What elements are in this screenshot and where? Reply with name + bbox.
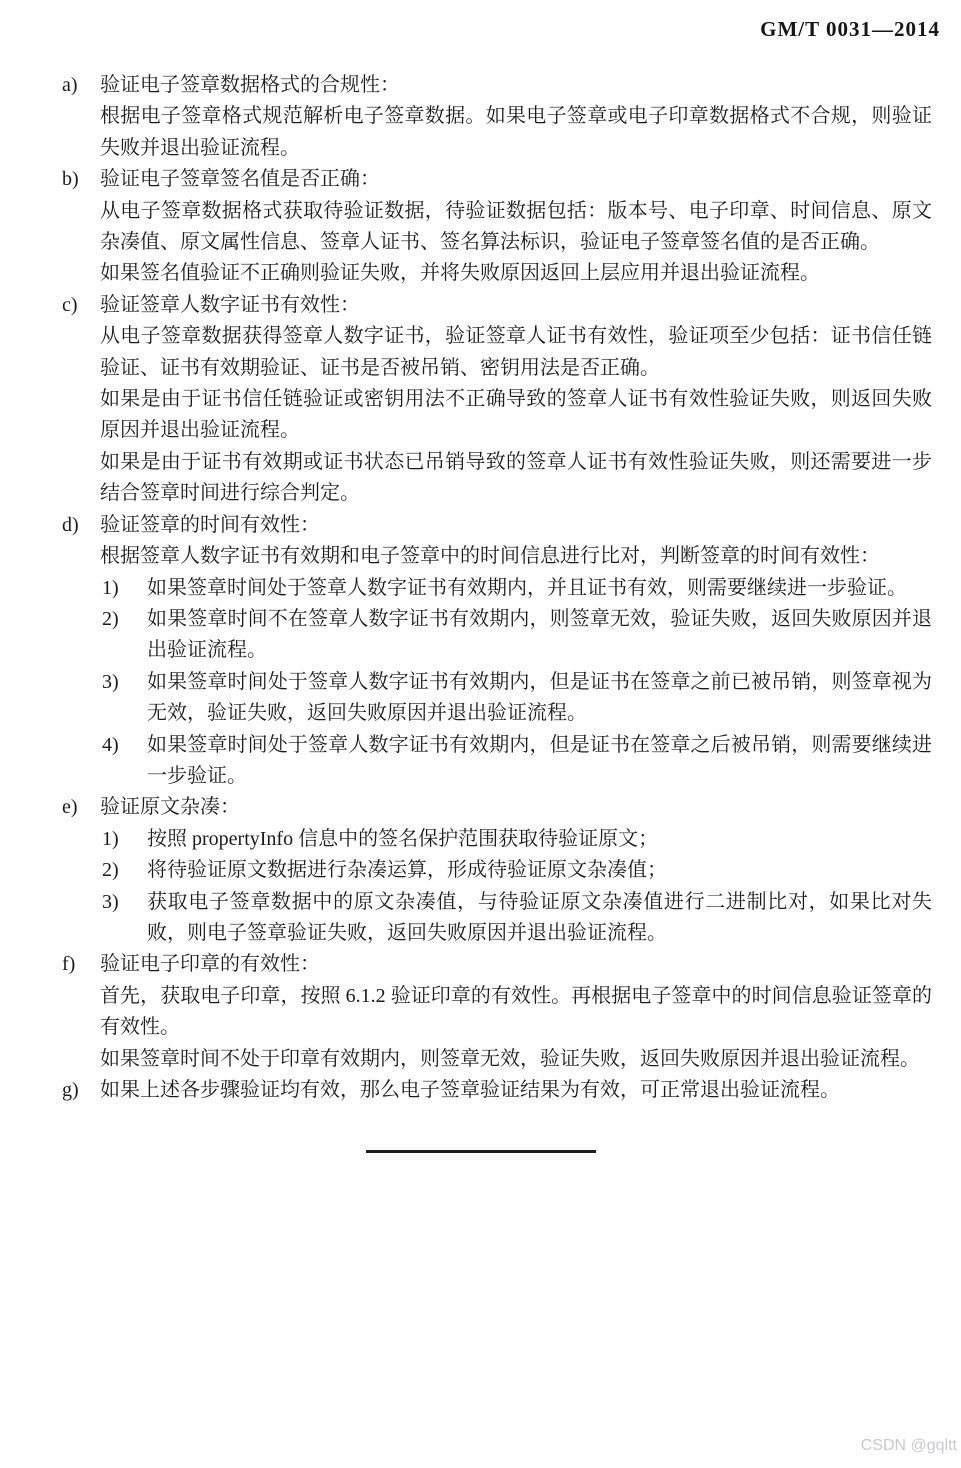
item-label-c: c) bbox=[62, 290, 78, 321]
paragraph: 如果是由于证书有效期或证书状态已吊销导致的签章人证书有效性验证失败，则还需要进一… bbox=[100, 447, 932, 510]
paragraph: 首先，获取电子印章，按照 6.1.2 验证印章的有效性。再根据电子签章中的时间信… bbox=[100, 981, 932, 1044]
item-body-e: 验证原文杂凑： 1) 按照 propertyInfo 信息中的签名保护范围获取待… bbox=[100, 792, 932, 949]
paragraph: 验证原文杂凑： bbox=[100, 792, 932, 823]
paragraph: 如果签章时间不处于印章有效期内，则签章无效，验证失败，返回失败原因并退出验证流程… bbox=[100, 1044, 932, 1075]
paragraph: 如果签章时间不在签章人数字证书有效期内，则签章无效，验证失败，返回失败原因并退出… bbox=[147, 604, 932, 667]
item-body-a: 验证电子签章数据格式的合规性： 根据电子签章格式规范解析电子签章数据。如果电子签… bbox=[100, 70, 932, 164]
list-item-a: a) 验证电子签章数据格式的合规性： 根据电子签章格式规范解析电子签章数据。如果… bbox=[62, 70, 932, 164]
sub-item-label: 3) bbox=[102, 887, 119, 918]
paragraph: 如果签名值验证不正确则验证失败，并将失败原因返回上层应用并退出验证流程。 bbox=[100, 258, 932, 289]
paragraph: 获取电子签章数据中的原文杂凑值，与待验证原文杂凑值进行二进制比对，如果比对失败，… bbox=[147, 887, 932, 950]
end-of-text-rule bbox=[366, 1150, 596, 1153]
paragraph: 验证电子签章数据格式的合规性： bbox=[100, 70, 932, 101]
paragraph: 根据电子签章格式规范解析电子签章数据。如果电子签章或电子印章数据格式不合规，则验… bbox=[100, 101, 932, 164]
paragraph: 如果签章时间处于签章人数字证书有效期内，但是证书在签章之后被吊销，则需要继续进一… bbox=[147, 730, 932, 793]
paragraph: 如果上述各步骤验证均有效，那么电子签章验证结果为有效，可正常退出验证流程。 bbox=[100, 1075, 932, 1106]
paragraph: 将待验证原文数据进行杂凑运算，形成待验证原文杂凑值； bbox=[147, 855, 932, 886]
list-item-e: e) 验证原文杂凑： 1) 按照 propertyInfo 信息中的签名保护范围… bbox=[62, 792, 932, 949]
sub-item-label: 1) bbox=[102, 573, 119, 604]
sub-item-d4: 4) 如果签章时间处于签章人数字证书有效期内，但是证书在签章之后被吊销，则需要继… bbox=[100, 730, 932, 793]
paragraph: 验证签章的时间有效性： bbox=[100, 510, 932, 541]
verification-steps-list: a) 验证电子签章数据格式的合规性： 根据电子签章格式规范解析电子签章数据。如果… bbox=[62, 70, 932, 1106]
sub-item-d2: 2) 如果签章时间不在签章人数字证书有效期内，则签章无效，验证失败，返回失败原因… bbox=[100, 604, 932, 667]
item-label-a: a) bbox=[62, 70, 78, 101]
item-label-d: d) bbox=[62, 510, 79, 541]
sub-item-e3: 3) 获取电子签章数据中的原文杂凑值，与待验证原文杂凑值进行二进制比对，如果比对… bbox=[100, 887, 932, 950]
sub-item-label: 3) bbox=[102, 667, 119, 698]
item-label-b: b) bbox=[62, 164, 79, 195]
paragraph: 如果是由于证书信任链验证或密钥用法不正确导致的签章人证书有效性验证失败，则返回失… bbox=[100, 384, 932, 447]
list-item-b: b) 验证电子签章签名值是否正确： 从电子签章数据格式获取待验证数据，待验证数据… bbox=[62, 164, 932, 290]
sub-item-e1: 1) 按照 propertyInfo 信息中的签名保护范围获取待验证原文； bbox=[100, 824, 932, 855]
item-label-f: f) bbox=[62, 949, 75, 980]
item-body-d: 验证签章的时间有效性： 根据签章人数字证书有效期和电子签章中的时间信息进行比对，… bbox=[100, 510, 932, 793]
list-item-c: c) 验证签章人数字证书有效性： 从电子签章数据获得签章人数字证书，验证签章人证… bbox=[62, 290, 932, 510]
paragraph: 验证签章人数字证书有效性： bbox=[100, 290, 932, 321]
paragraph: 如果签章时间处于签章人数字证书有效期内，并且证书有效，则需要继续进一步验证。 bbox=[147, 573, 932, 604]
paragraph: 验证电子印章的有效性： bbox=[100, 949, 932, 980]
sub-item-e2: 2) 将待验证原文数据进行杂凑运算，形成待验证原文杂凑值； bbox=[100, 855, 932, 886]
sub-item-label: 4) bbox=[102, 730, 119, 761]
paragraph: 按照 propertyInfo 信息中的签名保护范围获取待验证原文； bbox=[147, 824, 932, 855]
paragraph: 从电子签章数据格式获取待验证数据，待验证数据包括：版本号、电子印章、时间信息、原… bbox=[100, 196, 932, 259]
item-body-f: 验证电子印章的有效性： 首先，获取电子印章，按照 6.1.2 验证印章的有效性。… bbox=[100, 949, 932, 1075]
document-number: GM/T 0031—2014 bbox=[760, 17, 940, 42]
list-item-g: g) 如果上述各步骤验证均有效，那么电子签章验证结果为有效，可正常退出验证流程。 bbox=[62, 1075, 932, 1106]
paragraph: 从电子签章数据获得签章人数字证书，验证签章人证书有效性，验证项至少包括：证书信任… bbox=[100, 321, 932, 384]
item-label-g: g) bbox=[62, 1075, 79, 1106]
paragraph: 如果签章时间处于签章人数字证书有效期内，但是证书在签章之前已被吊销，则签章视为无… bbox=[147, 667, 932, 730]
sub-item-label: 1) bbox=[102, 824, 119, 855]
list-item-d: d) 验证签章的时间有效性： 根据签章人数字证书有效期和电子签章中的时间信息进行… bbox=[62, 510, 932, 793]
list-item-f: f) 验证电子印章的有效性： 首先，获取电子印章，按照 6.1.2 验证印章的有… bbox=[62, 949, 932, 1075]
sub-item-d1: 1) 如果签章时间处于签章人数字证书有效期内，并且证书有效，则需要继续进一步验证… bbox=[100, 573, 932, 604]
item-label-e: e) bbox=[62, 792, 78, 823]
document-page: GM/T 0031—2014 a) 验证电子签章数据格式的合规性： 根据电子签章… bbox=[0, 0, 961, 1468]
watermark-text: CSDN @gqltt bbox=[861, 1437, 957, 1455]
item-body-b: 验证电子签章签名值是否正确： 从电子签章数据格式获取待验证数据，待验证数据包括：… bbox=[100, 164, 932, 290]
sub-item-label: 2) bbox=[102, 855, 119, 886]
sub-item-d3: 3) 如果签章时间处于签章人数字证书有效期内，但是证书在签章之前已被吊销，则签章… bbox=[100, 667, 932, 730]
item-body-c: 验证签章人数字证书有效性： 从电子签章数据获得签章人数字证书，验证签章人证书有效… bbox=[100, 290, 932, 510]
paragraph: 验证电子签章签名值是否正确： bbox=[100, 164, 932, 195]
sub-item-label: 2) bbox=[102, 604, 119, 635]
item-body-g: 如果上述各步骤验证均有效，那么电子签章验证结果为有效，可正常退出验证流程。 bbox=[100, 1075, 932, 1106]
paragraph: 根据签章人数字证书有效期和电子签章中的时间信息进行比对，判断签章的时间有效性： bbox=[100, 541, 932, 572]
